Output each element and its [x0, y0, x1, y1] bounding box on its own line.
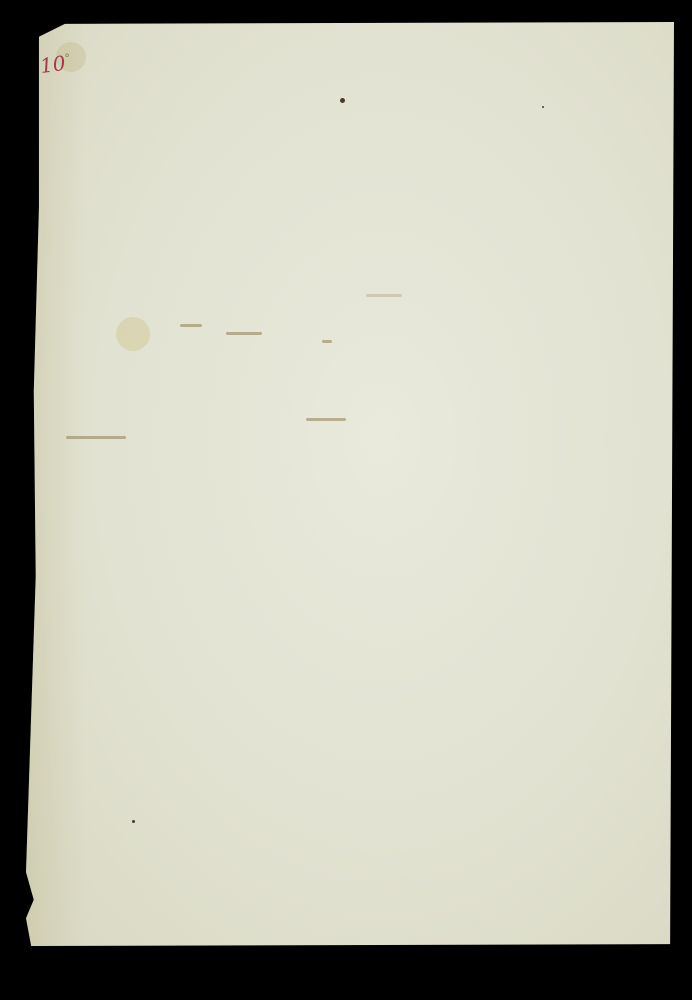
offset-mark	[66, 436, 126, 439]
offset-mark	[366, 294, 402, 297]
offset-mark	[322, 340, 332, 343]
offset-mark	[180, 324, 202, 327]
stain	[116, 317, 150, 351]
folio-number: 10°	[38, 50, 72, 78]
offset-mark	[306, 418, 346, 421]
ink-spot	[132, 820, 135, 823]
ink-spot	[542, 106, 544, 108]
ink-spot	[340, 98, 345, 103]
folio-number-text: 10	[38, 51, 67, 78]
offset-mark	[226, 332, 262, 335]
page-edge-discoloration	[26, 22, 86, 946]
parchment-page	[26, 22, 674, 946]
